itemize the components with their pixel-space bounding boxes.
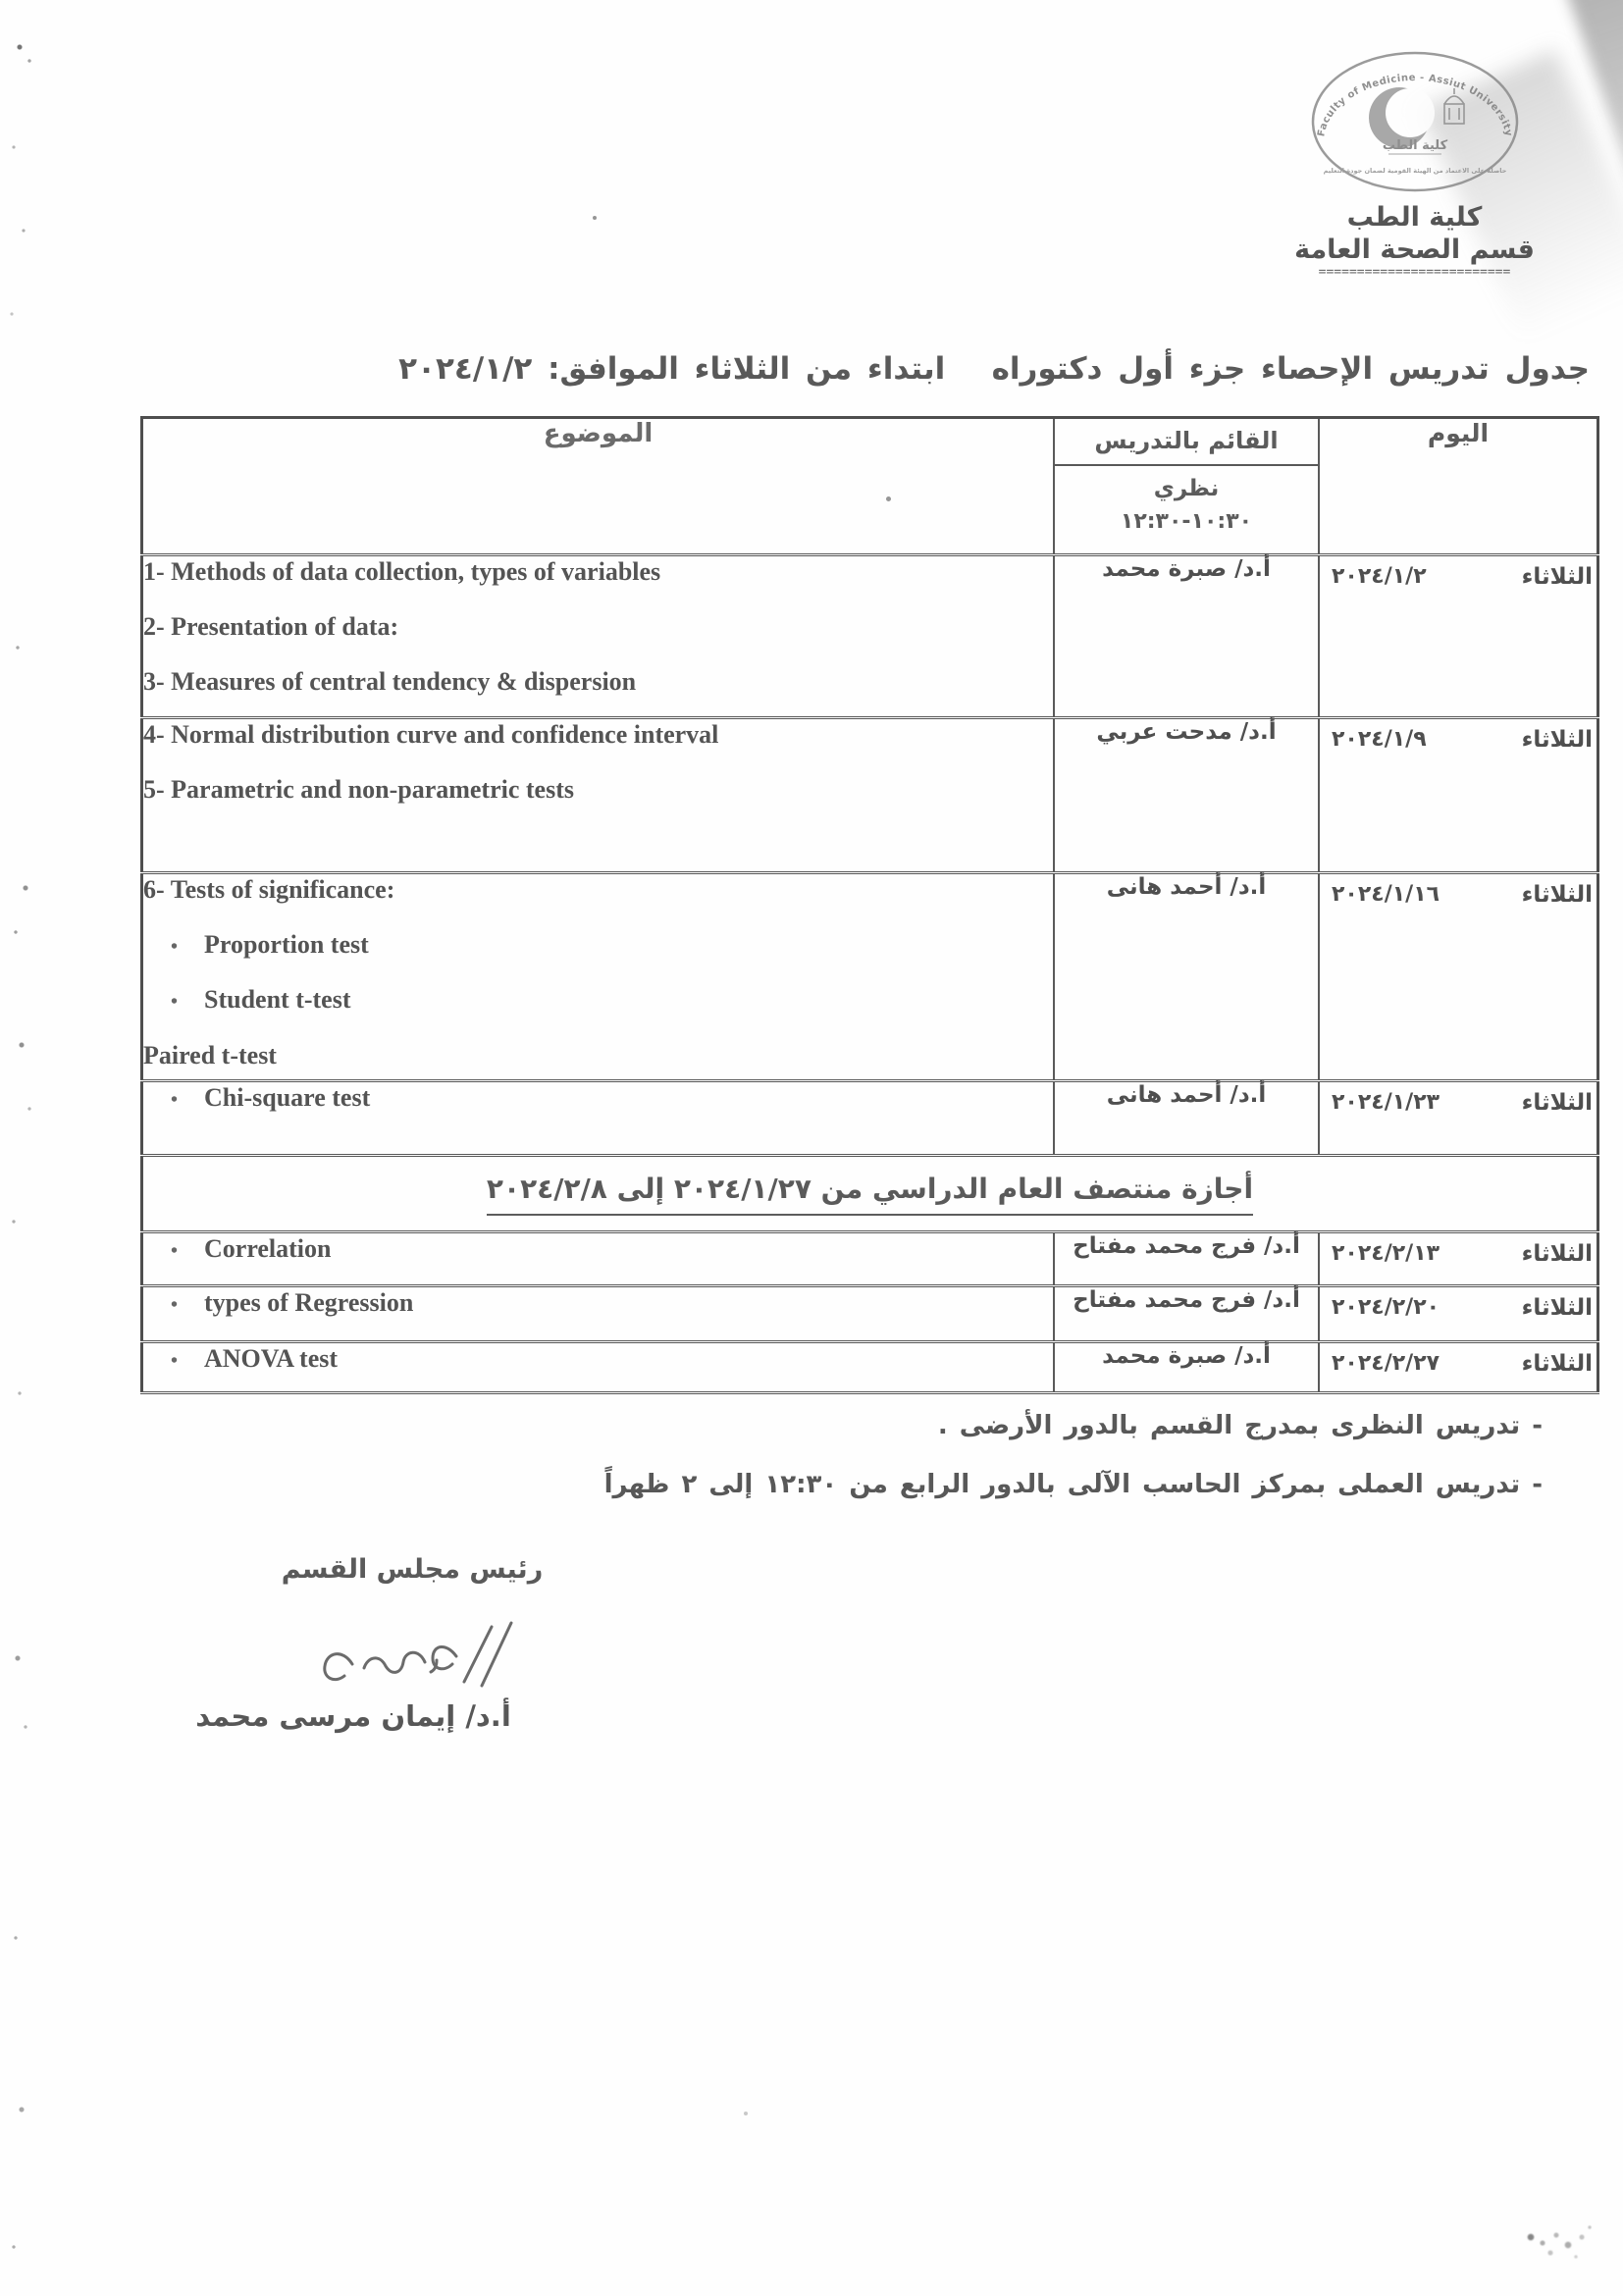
scanned-document-page: Faculty of Medicine - Assiut University … [0, 0, 1623, 2296]
topic-line-bulleted: Correlation [171, 1233, 1053, 1264]
day-date: ٢٠٢٤/١/٢٣ [1332, 1090, 1440, 1115]
topic-line: 4- Normal distribution curve and confide… [143, 719, 1053, 750]
scan-smudge-bottom-right [1492, 2208, 1619, 2276]
schedule-table: اليوم القائم بالتدريس نظري ١٠:٣٠-١٢:٣٠ ا… [140, 416, 1599, 1394]
day-name: الثلاثاء [1522, 727, 1593, 753]
table-row: الثلاثاء٢٠٢٤/١/٩ أ.د/ مدحت عربي 4- Norma… [142, 718, 1598, 873]
day-name: الثلاثاء [1522, 1295, 1593, 1321]
handwritten-signature [289, 1605, 525, 1703]
scan-speck [593, 216, 597, 220]
signature-role: رئيس مجلس القسم [247, 1554, 577, 1585]
topic-line: 1- Methods of data collection, types of … [143, 556, 1053, 587]
topic-cell: Correlation [142, 1232, 1055, 1286]
department-name: قسم الصحة العامة [1245, 235, 1584, 265]
document-title: جدول تدريس الإحصاء جزء أول دكتوراه ابتدا… [118, 351, 1590, 387]
instructor-cell: أ.د/ صبرة محمد [1054, 1342, 1319, 1393]
university-seal: Faculty of Medicine - Assiut University … [1308, 47, 1522, 196]
topic-line: 6- Tests of significance: [143, 874, 1053, 905]
day-name: الثلاثاء [1522, 1351, 1593, 1377]
column-header-instructor: القائم بالتدريس نظري ١٠:٣٠-١٢:٣٠ [1054, 418, 1319, 555]
table-row: الثلاثاء٢٠٢٤/٢/٢٧ أ.د/ صبرة محمد ANOVA t… [142, 1342, 1598, 1393]
seal-center-text: كلية الطب [1382, 138, 1447, 153]
column-header-day: اليوم [1319, 418, 1598, 555]
day-name: الثلاثاء [1522, 564, 1593, 590]
day-name: الثلاثاء [1522, 882, 1593, 908]
table-row: الثلاثاء٢٠٢٤/٢/١٣ أ.د/ فرج محمد مفتاح Co… [142, 1232, 1598, 1286]
day-date: ٢٠٢٤/٢/٢٠ [1332, 1295, 1440, 1320]
topic-line: 5- Parametric and non-parametric tests [143, 774, 1053, 805]
instructor-cell: أ.د/ مدحت عربي [1054, 718, 1319, 873]
instructor-header-label: القائم بالتدريس [1055, 419, 1318, 466]
topic-line-bulleted: Proportion test [171, 929, 1053, 960]
topic-line: 2- Presentation of data: [143, 611, 1053, 642]
day-date: ٢٠٢٤/١/١٦ [1332, 882, 1440, 907]
topic-line-bulleted: ANOVA test [171, 1343, 1053, 1374]
instructor-cell: أ.د/ فرج محمد مفتاح [1054, 1286, 1319, 1342]
scan-noise-left-edge [0, 0, 59, 2296]
day-cell: الثلاثاء٢٠٢٤/١/٢ [1319, 555, 1598, 718]
letterhead: Faculty of Medicine - Assiut University … [1245, 47, 1584, 277]
topic-cell: 6- Tests of significance: Proportion tes… [142, 873, 1055, 1081]
separator-line: ========================= [1245, 269, 1584, 277]
day-cell: الثلاثاء٢٠٢٤/١/٢٣ [1319, 1081, 1598, 1156]
note-theory-location: - تدريس النظرى بمدرج القسم بالدور الأرضى… [604, 1411, 1543, 1440]
topic-line: Paired t-test [143, 1040, 1053, 1070]
footnotes: - تدريس النظرى بمدرج القسم بالدور الأرضى… [604, 1411, 1543, 1529]
vacation-row: أجازة منتصف العام الدراسي من ٢٠٢٤/١/٢٧ إ… [142, 1156, 1598, 1232]
topic-cell: ANOVA test [142, 1342, 1055, 1393]
column-header-topic: الموضوع [142, 418, 1055, 555]
topic-line: 3- Measures of central tendency & disper… [143, 666, 1053, 697]
instructor-cell: أ.د/ أحمد هانى [1054, 873, 1319, 1081]
faculty-name: كلية الطب [1245, 202, 1584, 233]
instructor-cell: أ.د/ فرج محمد مفتاح [1054, 1232, 1319, 1286]
day-date: ٢٠٢٤/١/٩ [1332, 727, 1427, 752]
signatory-name: أ.د/ إيمان مرسى محمد [137, 1699, 569, 1733]
day-cell: الثلاثاء٢٠٢٤/٢/٢٧ [1319, 1342, 1598, 1393]
table-row: الثلاثاء٢٠٢٤/٢/٢٠ أ.د/ فرج محمد مفتاح ty… [142, 1286, 1598, 1342]
day-cell: الثلاثاء٢٠٢٤/١/٩ [1319, 718, 1598, 873]
day-name: الثلاثاء [1522, 1241, 1593, 1267]
mosque-icon [1444, 88, 1464, 124]
scan-speck [744, 2112, 748, 2115]
topic-line-bulleted: Student t-test [171, 984, 1053, 1015]
topic-cell: types of Regression [142, 1286, 1055, 1342]
day-cell: الثلاثاء٢٠٢٤/١/١٦ [1319, 873, 1598, 1081]
instructor-header-time: ١٠:٣٠-١٢:٣٠ [1055, 501, 1318, 534]
day-date: ٢٠٢٤/٢/٢٧ [1332, 1351, 1440, 1376]
instructor-header-type: نظري [1055, 466, 1318, 501]
topic-line-bulleted: types of Regression [171, 1287, 1053, 1318]
table-row: الثلاثاء٢٠٢٤/١/٢٣ أ.د/ أحمد هانى Chi-squ… [142, 1081, 1598, 1156]
topic-line-bulleted: Chi-square test [171, 1082, 1053, 1113]
table-row: الثلاثاء٢٠٢٤/١/١٦ أ.د/ أحمد هانى 6- Test… [142, 873, 1598, 1081]
day-name: الثلاثاء [1522, 1090, 1593, 1116]
topic-cell: Chi-square test [142, 1081, 1055, 1156]
note-practical-location: - تدريس العملى بمركز الحاسب الآلى بالدور… [604, 1470, 1543, 1499]
table-header-row: اليوم القائم بالتدريس نظري ١٠:٣٠-١٢:٣٠ ا… [142, 418, 1598, 555]
day-cell: الثلاثاء٢٠٢٤/٢/٢٠ [1319, 1286, 1598, 1342]
table-row: الثلاثاء٢٠٢٤/١/٢ أ.د/ صبرة محمد 1- Metho… [142, 555, 1598, 718]
day-date: ٢٠٢٤/١/٢ [1332, 564, 1427, 589]
seal-bottom-text: حاصلة على الاعتماد من الهيئة القومية لضم… [1323, 167, 1506, 175]
day-cell: الثلاثاء٢٠٢٤/٢/١٣ [1319, 1232, 1598, 1286]
day-date: ٢٠٢٤/٢/١٣ [1332, 1241, 1440, 1266]
vacation-cell: أجازة منتصف العام الدراسي من ٢٠٢٤/١/٢٧ إ… [142, 1156, 1598, 1232]
instructor-cell: أ.د/ أحمد هانى [1054, 1081, 1319, 1156]
vacation-notice: أجازة منتصف العام الدراسي من ٢٠٢٤/١/٢٧ إ… [487, 1173, 1253, 1216]
topic-cell: 1- Methods of data collection, types of … [142, 555, 1055, 718]
instructor-cell: أ.د/ صبرة محمد [1054, 555, 1319, 718]
topic-cell: 4- Normal distribution curve and confide… [142, 718, 1055, 873]
